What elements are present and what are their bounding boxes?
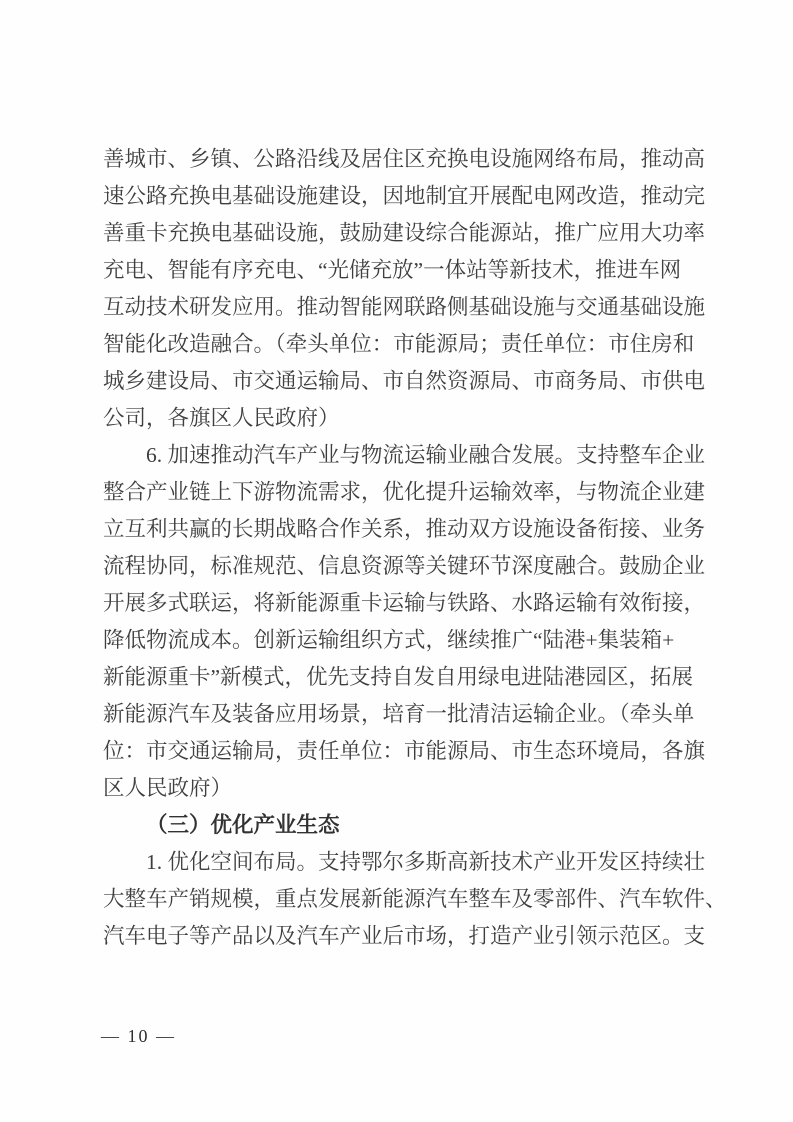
document-body: 善城市、乡镇、公路沿线及居住区充换电设施网络布局，推动高 速公路充换电基础设施建… [103,141,743,955]
page-number: — 10 — [101,1026,176,1047]
paragraph-item1-spatial-layout: 1. 优化空间布局。支持鄂尔多斯高新技术产业开发区持续壮 大整车产销规模，重点发… [103,844,743,955]
paragraph-item6-logistics-integration: 6. 加速推动汽车产业与物流运输业融合发展。支持整车企业 整合产业链上下游物流需… [103,437,743,807]
paragraph-charging-infrastructure: 善城市、乡镇、公路沿线及居住区充换电设施网络布局，推动高 速公路充换电基础设施建… [103,141,743,437]
document-page: 善城市、乡镇、公路沿线及居住区充换电设施网络布局，推动高 速公路充换电基础设施建… [0,0,793,1122]
section-heading-optimize-industry-ecology: （三）优化产业生态 [103,807,743,844]
